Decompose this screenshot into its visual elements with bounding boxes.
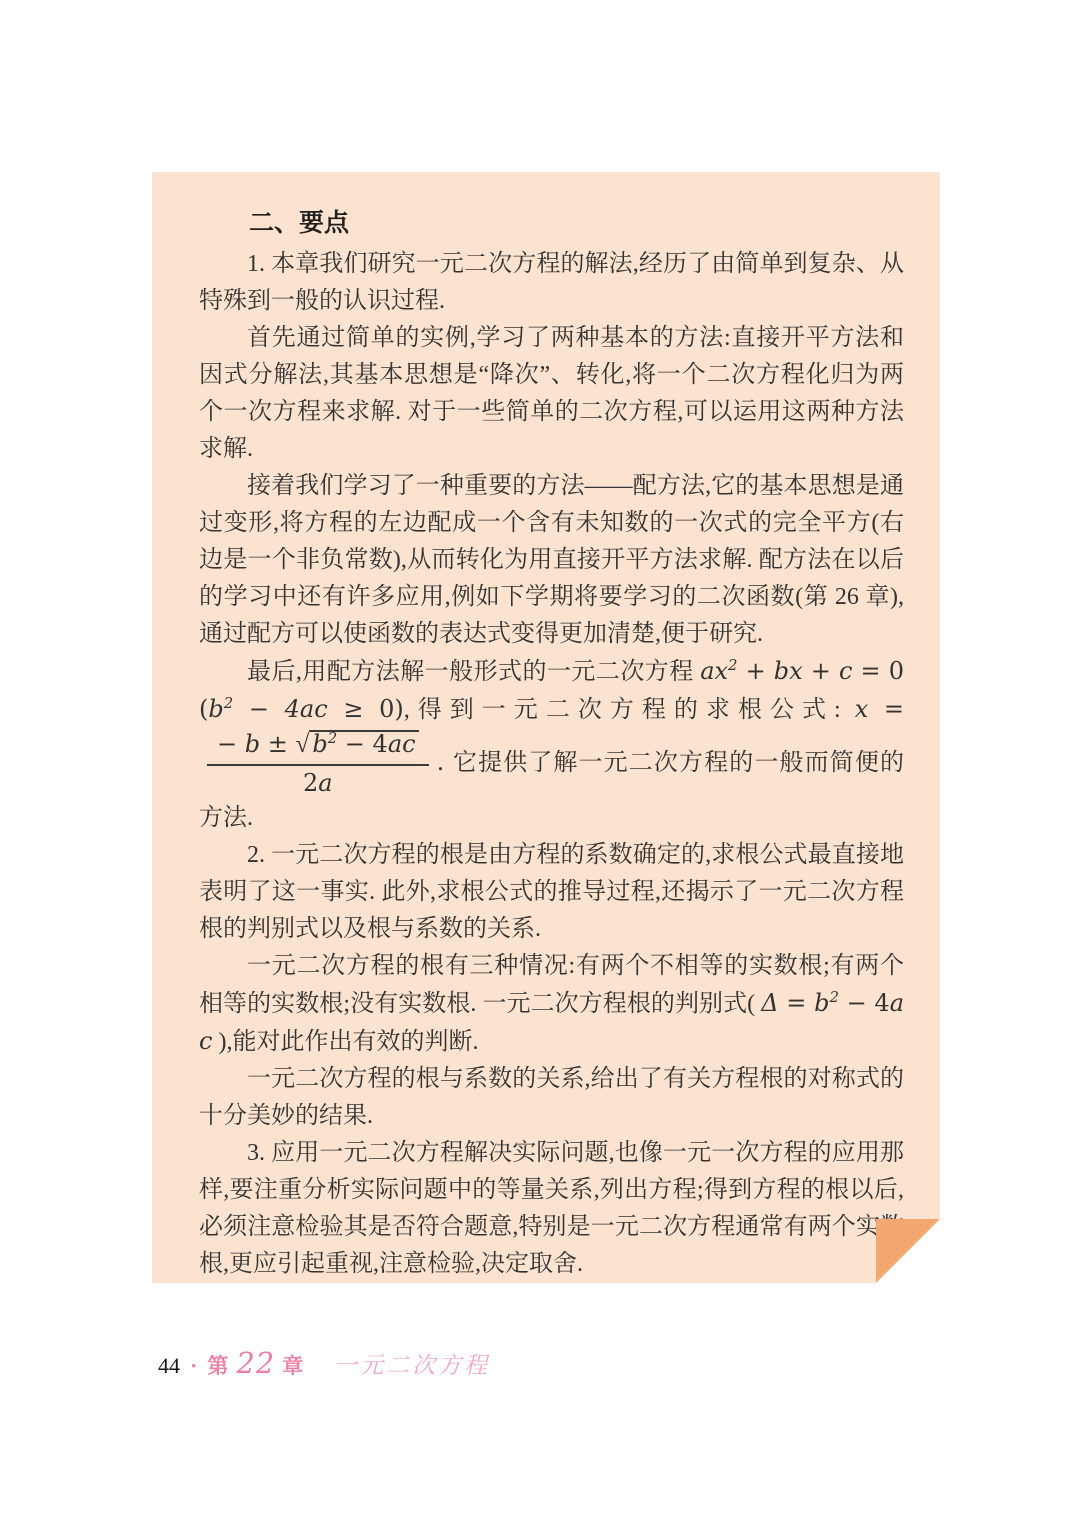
paragraph-3: 接着我们学习了一种重要的方法——配方法,它的基本思想是通过变形,将方程的左边配成…: [199, 468, 904, 653]
paragraph-4: 最后,用配方法解一般形式的一元二次方程 ax2 + bx + c = 0 (b2…: [199, 653, 904, 837]
section-heading: 二、要点: [199, 198, 904, 246]
paragraph-2: 首先通过简单的实例,学习了两种基本的方法:直接开平方法和因式分解法,其基本思想是…: [199, 320, 904, 468]
page-number: 44: [158, 1353, 180, 1379]
paragraph-7: 一元二次方程的根与系数的关系,给出了有关方程根的对称式的十分美妙的结果.: [199, 1061, 904, 1135]
paragraph-8: 3. 应用一元二次方程解决实际问题,也像一元一次方程的应用那样,要注重分析实际问…: [199, 1135, 904, 1283]
chapter-number: 22: [236, 1346, 275, 1380]
fraction: − b ± √b2 − 4ac2a: [207, 729, 429, 800]
folded-corner: [876, 1219, 940, 1283]
chapter-suffix: 章: [282, 1350, 304, 1380]
paragraph-1: 1. 本章我们研究一元二次方程的解法,经历了由简单到复杂、从特殊到一般的认识过程…: [199, 246, 904, 320]
chapter-title: 一元二次方程: [334, 1347, 490, 1380]
page-footer: 44 · 第 22 章 一元二次方程: [158, 1346, 490, 1380]
paragraph-6: 一元二次方程的根有三种情况:有两个不相等的实数根;有两个相等的实数根;没有实数根…: [199, 948, 904, 1061]
chapter-prefix: 第: [207, 1350, 229, 1380]
body-paragraphs: 1. 本章我们研究一元二次方程的解法,经历了由简单到复杂、从特殊到一般的认识过程…: [199, 246, 904, 1283]
square-root: √b2 − 4ac: [296, 732, 419, 758]
chapter-label: 第 22 章: [207, 1346, 304, 1380]
content-panel: 二、要点 1. 本章我们研究一元二次方程的解法,经历了由简单到复杂、从特殊到一般…: [152, 172, 940, 1283]
textbook-page: 二、要点 1. 本章我们研究一元二次方程的解法,经历了由简单到复杂、从特殊到一般…: [0, 0, 1080, 1515]
separator-dot: ·: [190, 1353, 197, 1379]
paragraph-5: 2. 一元二次方程的根是由方程的系数确定的,求根公式最直接地表明了这一事实. 此…: [199, 837, 904, 948]
